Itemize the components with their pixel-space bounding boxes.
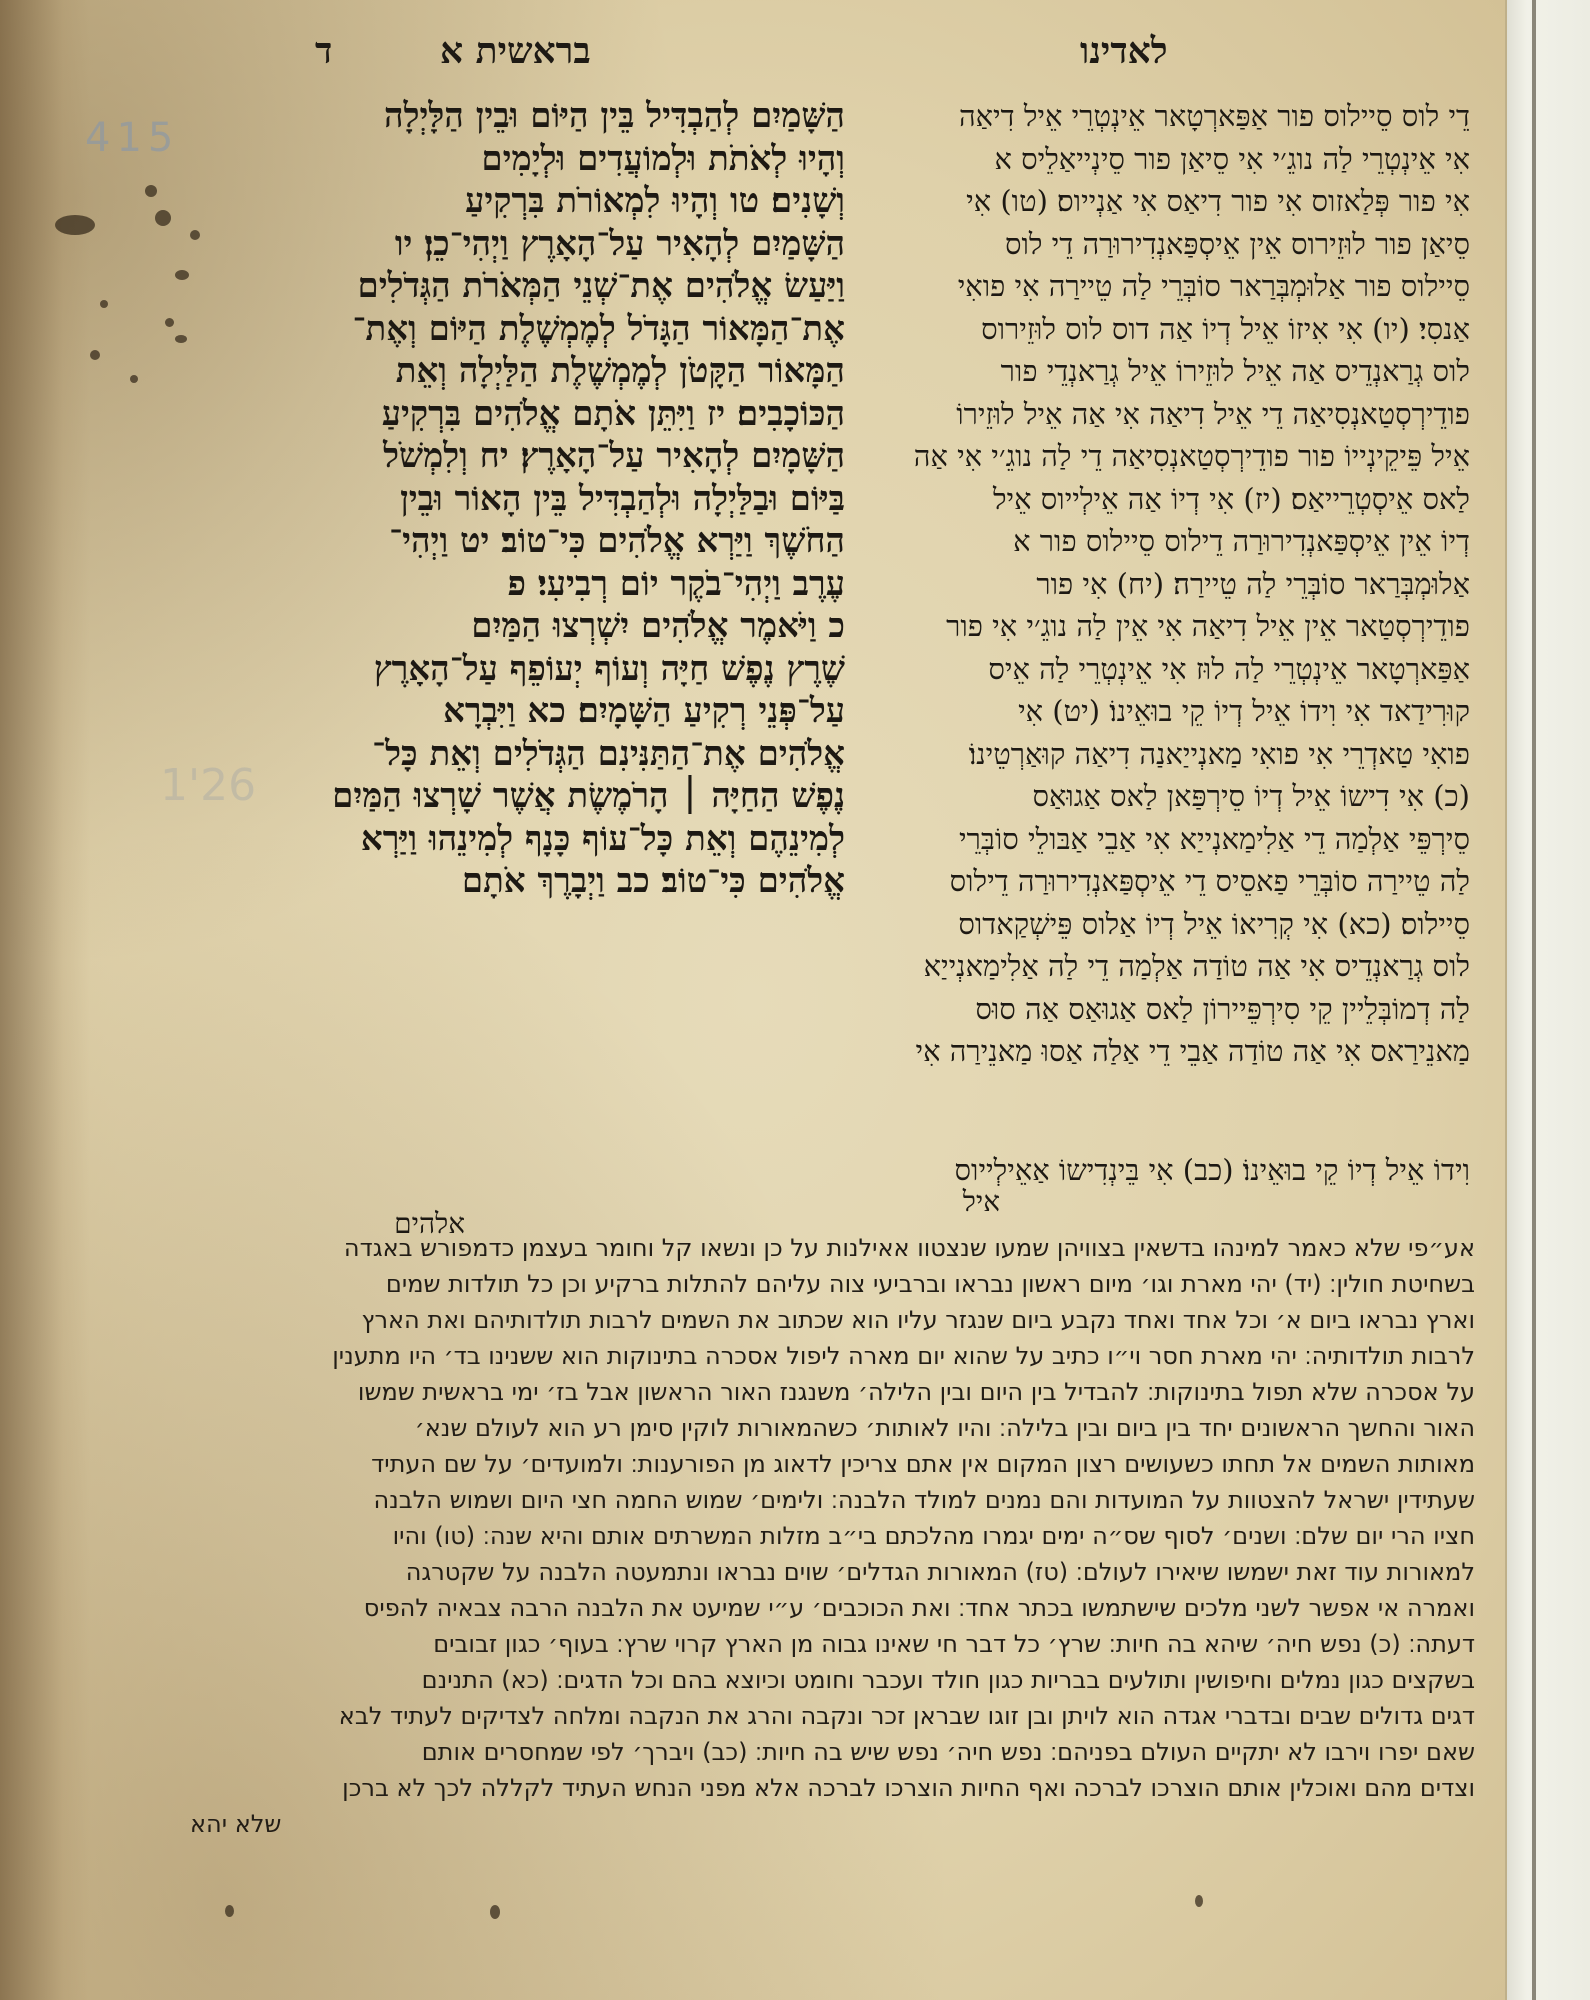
rashi-line: מאותות השמים אל תחתו כשעושים רצון המקום …	[130, 1446, 1475, 1482]
rashi-line: האור והחשך הראשונים יחד בין ביום ובין בל…	[130, 1410, 1475, 1446]
rashi-line: ואמרה אי אפשר לשני מלכים שישתמשו בכתר אח…	[130, 1590, 1475, 1626]
rashi-line: למאורות עוד זאת ישמשו שיאירו לעולם׃ (טז)…	[130, 1554, 1475, 1590]
hebrew-line: וְשָׁנִים׃ טו וְהָיוּ לִמְאוֹרֹת בִּרְקִ…	[205, 180, 845, 223]
scanned-page: 415 1'26 ד בראשית א לאדינו הַשָּׁמַיִם ל…	[0, 0, 1507, 2000]
ladino-line: סֵיילוס פור אַלוּמְבְּרַאר סוֹבְּרֵי לַה…	[865, 265, 1470, 308]
hebrew-line: הַשָּׁמָיִם לְהָאִיר עַל־הָאָרֶץ׃ יח וְל…	[205, 435, 845, 478]
hebrew-line: וְהָיוּ לְאֹתֹת וּלְמוֹעֲדִים וּלְיָמִים	[205, 138, 845, 181]
rashi-line: חציו הרי יום שלם׃ ושנים׳ לסוף שס״ה ימים …	[130, 1518, 1475, 1554]
ink-stain	[175, 270, 189, 280]
rashi-line: שלא יהא	[130, 1806, 1475, 1842]
ladino-line: פואִי טַאדְרֵי אִי פואִי מַאנְייַאנַה דִ…	[865, 733, 1470, 776]
rashi-line: דעתה׃ (כ) נפש חיה׳ שיהא בה חיות׃ שרץ׳ כל…	[130, 1626, 1475, 1662]
pencil-note-top: 415	[85, 115, 179, 161]
ladino-line: פודֵירְסְטַאר אֵין אֵיל דִיאַה אִי אֵין …	[865, 605, 1470, 648]
ink-stain	[165, 318, 174, 327]
ladino-line: אַפַּארְטָאר אֵינְטְרֵי לַה לוּז אִי אֵי…	[865, 648, 1470, 691]
ink-stain	[190, 230, 200, 240]
ink-stain	[90, 350, 100, 360]
ink-stain	[145, 185, 157, 197]
ink-stain	[1195, 1895, 1203, 1907]
ladino-line: אֵיל פֵּיקֵינְייוֹ פור פודֵירְסְטַאנְסִי…	[865, 435, 1470, 478]
ladino-line: וִידוֹ אֵיל דְיוֹ קֵי בוּאֵינוֹ׃ (כב) אִ…	[205, 1150, 1470, 1190]
ladino-running-head: לאדינו	[1080, 30, 1168, 90]
hebrew-line: הַחֹשֶׁךְ וַיַּרְא אֱלֹהִים כִּי־טוֹב׃ י…	[205, 520, 845, 563]
ladino-line: אִי פור פְּלַאזוס אִי פור דִיאַס אִי אַנ…	[865, 180, 1470, 223]
rashi-line: בשחיטת חולין׃ (יד) יהי מארת וגו׳ מיום רא…	[130, 1266, 1475, 1302]
ink-stain	[175, 335, 187, 343]
hebrew-line: כ וַיֹּאמֶר אֱלֹהִים יִשְׁרְצוּ הַמַּיִם	[205, 605, 845, 648]
rashi-line: שאם יפרו וירבו לא יתקיים העולם בפניהם׃ נ…	[130, 1734, 1475, 1770]
ladino-line: סֵיאַן פור לוּזֵירוס אֵין אֵיסְפַּאנְדִי…	[865, 223, 1470, 266]
hebrew-line: וַיַּעַשׂ אֱלֹהִים אֶת־שְׁנֵי הַמְּאֹרֹת…	[205, 265, 845, 308]
rashi-line: אע״פי שלא כאמר למינהו בדשאין בצוויהן שמע…	[130, 1230, 1475, 1266]
ladino-line: (כ) אִי דִישוֹ אֵיל דְיוֹ סֵירְפַּאן לַא…	[865, 775, 1470, 818]
ladino-line: קוּרִידַאד אִי וִידוֹ אֵיל דְיוֹ קֵי בוּ…	[865, 690, 1470, 733]
spanning-last-line: וִידוֹ אֵיל דְיוֹ קֵי בוּאֵינוֹ׃ (כב) אִ…	[205, 1150, 1470, 1190]
ink-stain	[225, 1905, 234, 1917]
hebrew-text-column: הַשָּׁמַיִם לְהַבְדִּיל בֵּין הַיּוֹם וּ…	[205, 95, 845, 903]
rashi-line: דגים גדולים שבים ובדברי אגדה הוא לויתן ו…	[130, 1698, 1475, 1734]
ink-stain	[155, 210, 171, 226]
hebrew-line: עֶרֶב וַיְהִי־בֹקֶר יוֹם רְבִיעִי׃ פ	[205, 563, 845, 606]
ink-stain	[55, 215, 95, 235]
ladino-line: מַאנֵירַאס אִי אַה טוֹדַה אַבֵי דֵי אַלַ…	[865, 1030, 1470, 1073]
backing-board	[1500, 0, 1590, 2000]
ladino-line: דְיוֹ אֵין אֵיסְפַּאנְדִירוּרַה דֵילוס ס…	[865, 520, 1470, 563]
hebrew-line: לְמִינֵהֶם וְאֵת כָּל־עוֹף כָּנָף לְמִינ…	[205, 818, 845, 861]
ladino-line: אִי אֵינְטְרֵי לַה נוגֵ׳י אִי סֵיאַן פור…	[865, 138, 1470, 181]
ink-stain	[100, 300, 108, 308]
hebrew-line: בַּיּוֹם וּבַלַּיְלָה וּלְהַבְדִּיל בֵּי…	[205, 478, 845, 521]
ladino-line: אַנסִי׃ (יו) אִי אִיזוֹ אֵיל דְיוֹ אַה ד…	[865, 308, 1470, 351]
ladino-line: לַה דְמוֹבְּלֵיין קֵי סִירְפֵּיירוֹן לַא…	[865, 988, 1470, 1031]
rashi-line: וארץ נבראו ביום א׳ וכל אחד ואחד נקבע ביו…	[130, 1302, 1475, 1338]
ladino-line: פודֵירְסְטַאנְסִיאַה דֵי אֵיל דִיאַה אִי…	[865, 393, 1470, 436]
ink-stain	[490, 1905, 500, 1919]
ink-stain	[130, 375, 138, 383]
catchword-ladino: איל	[963, 1185, 1000, 1219]
hebrew-line: הַשָּׁמַיִם לְהַבְדִּיל בֵּין הַיּוֹם וּ…	[205, 95, 845, 138]
ladino-line: דֵי לוס סֵיילוס פור אַפַּארְטָאר אֵינְטְ…	[865, 95, 1470, 138]
rashi-line: לרבות תולדותיה׃ יהי מארת חסר וי״ו כתיב ע…	[130, 1338, 1475, 1374]
hebrew-line: הַשָּׁמַיִם לְהָאִיר עַל־הָאָרֶץ וַיְהִי…	[205, 223, 845, 266]
rashi-line: שעתידין ישראל להצטוות על המועדות והם נמנ…	[130, 1482, 1475, 1518]
ladino-line: לוס גְרַאנְדֵיס אִי אַה טוֹדַה אַלְמַה ד…	[865, 945, 1470, 988]
ladino-line: לַאס אֵיסְטְרֵייאַס׃ (יז) אִי דְיוֹ אַה …	[865, 478, 1470, 521]
page-letter: ד	[315, 30, 332, 90]
hebrew-running-head: בראשית א	[440, 30, 591, 90]
rashi-line: וצדים מהם ואוכלין אותם הוצרכו לברכה ואף …	[130, 1770, 1475, 1806]
ladino-line: לוס גְרַאנְדֵיס אַה אֵיל לוּזֵירוֹ אֵיל …	[865, 350, 1470, 393]
ladino-line: אַלוּמְבְּרַאר סוֹבְּרֵי לַה טֵיירַה׃ (י…	[865, 563, 1470, 606]
ladino-text-column: דֵי לוס סֵיילוס פור אַפַּארְטָאר אֵינְטְ…	[865, 95, 1470, 1073]
hebrew-line: הַמָּאוֹר הַקָּטֹן לְמֶמְשֶׁלֶת הַלַּיְל…	[205, 350, 845, 393]
ladino-line: סֵירְפֵּי אַלְמַה דֵי אַלִימַאנְייַא אִי…	[865, 818, 1470, 861]
hebrew-line: נֶפֶשׁ הַחַיָּה ׀ הָרֹמֶשֶׂת אֲשֶׁר שָׁר…	[205, 775, 845, 818]
rashi-commentary: אע״פי שלא כאמר למינהו בדשאין בצוויהן שמע…	[130, 1230, 1475, 1842]
hebrew-line: אֱלֹהִים כִּי־טוֹב׃ כב וַיְבָרֶךְ אֹתָם	[205, 860, 845, 903]
rashi-line: בשקצים כגון נמלים וחיפושין ותולעים בבריו…	[130, 1662, 1475, 1698]
hebrew-line: עַל־פְּנֵי רְקִיעַ הַשָּׁמָיִם׃ כא וַיִּ…	[205, 690, 845, 733]
torn-left-edge	[0, 0, 90, 2000]
rashi-line: על אסכרה שלא תפול בתינוקות׃ להבדיל בין ה…	[130, 1374, 1475, 1410]
ladino-line: לַה טֵיירַה סוֹבְּרֵי פַאסֵיס דֵי אֵיסְפ…	[865, 860, 1470, 903]
hebrew-line: שֶׁרֶץ נֶפֶשׁ חַיָּה וְעוֹף יְעוֹפֵף עַל…	[205, 648, 845, 691]
hebrew-line: אֱלֹהִים אֶת־הַתַּנִּינִם הַגְּדֹלִים וְ…	[205, 733, 845, 776]
hebrew-line: אֶת־הַמָּאוֹר הַגָּדֹל לְמֶמְשֶׁלֶת הַיּ…	[205, 308, 845, 351]
backing-edge	[1532, 0, 1536, 2000]
catchwords: איל אלהים	[205, 1185, 1470, 1225]
hebrew-line: הַכּוֹכָבִים׃ יז וַיִּתֵּן אֹתָם אֱלֹהִי…	[205, 393, 845, 436]
ladino-line: סֵיילוס׃ (כא) אִי קְרִיאוֹ אֵיל דְיוֹ אַ…	[865, 903, 1470, 946]
